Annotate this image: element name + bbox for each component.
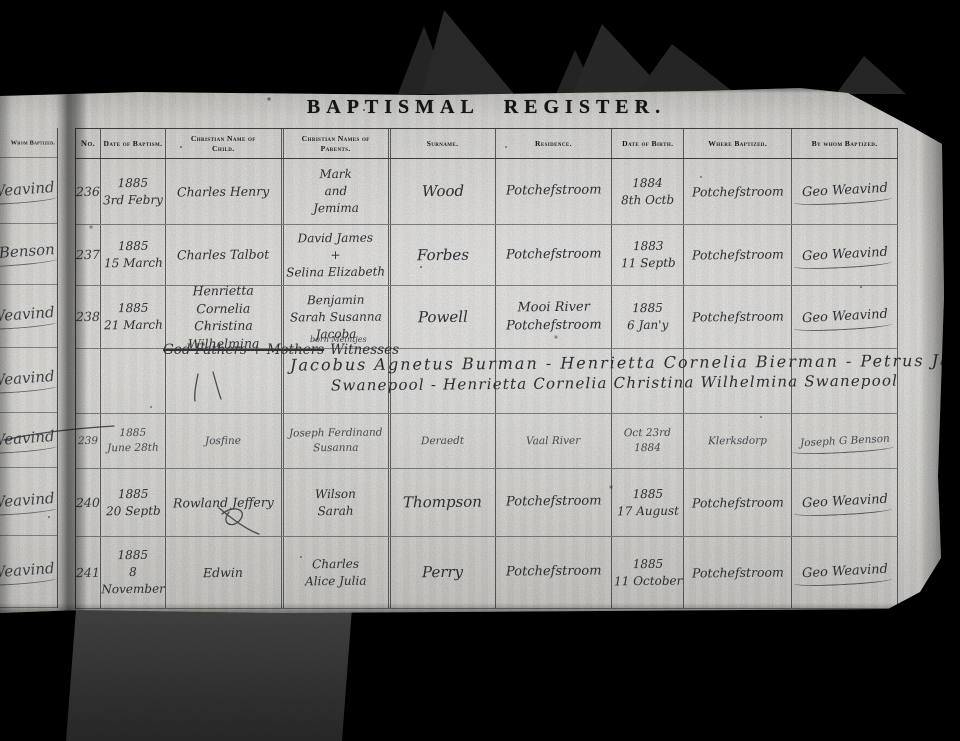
- table-row-236: 236 1885 3rd Febry Charles Henry Mark an…: [76, 159, 898, 225]
- cell-where-baptized: Potchefstroom: [684, 537, 792, 608]
- cell-no: 236: [76, 159, 101, 224]
- table-row-238: 238 1885 21 March Henrietta Cornelia Chr…: [76, 286, 898, 349]
- cell-surname: Powell: [391, 286, 496, 348]
- cell-by-whom-baptized: Geo Weavind: [792, 286, 898, 348]
- column-header-residence: Residence.: [496, 129, 613, 158]
- column-header-date-of-baptism: Date of Baptism.: [101, 129, 166, 158]
- cell-date-of-baptism: [101, 349, 166, 413]
- cell-residence: Potchefstroom: [496, 537, 613, 608]
- minister-signature: Weavind: [0, 468, 57, 536]
- torn-page-corner: [572, 24, 667, 94]
- underlying-page: [60, 608, 352, 741]
- cell-no: 239: [76, 414, 101, 468]
- column-header-date-of-birth: Date of Birth.: [612, 129, 684, 158]
- column-header-by-whom-baptized: By whom Baptized.: [792, 129, 898, 158]
- cell-residence: Potchefstroom: [496, 225, 613, 285]
- cell-child-name: [166, 349, 284, 413]
- cell-no: 240: [76, 469, 101, 536]
- minister-signature: Weavind: [0, 158, 57, 224]
- minister-signature: Weavind: [0, 285, 57, 348]
- table-row-241: 241 1885 8 November Edwin Charles Alice …: [76, 537, 898, 609]
- column-header-surname: Surname.: [391, 129, 496, 158]
- cell-parents-names: Mark and Jemima: [284, 159, 391, 224]
- cell-residence: Mooi River Potchefstroom: [496, 286, 613, 348]
- column-header-parents-names: Christian Names of Parents.: [284, 129, 391, 158]
- cell-surname: Wood: [391, 159, 496, 224]
- cell-no: 237: [76, 225, 101, 285]
- cell-date-of-birth: 1883 11 Septb: [612, 225, 684, 285]
- cell-where-baptized: Klerksdorp: [684, 414, 792, 468]
- cell-parents-names: Wilson Sarah: [284, 469, 391, 536]
- cell-date-of-birth: Oct 23rd 1884: [612, 414, 684, 468]
- cell-surname: Perry: [391, 537, 496, 608]
- cell-parents-names: David James + Selina Elizabeth: [284, 225, 391, 285]
- cell-date-of-birth: 1885 6 Jan'y: [612, 286, 684, 348]
- cell-by-whom-baptized: Geo Weavind: [792, 225, 898, 285]
- cell-date-of-birth: 1884 8th Octb: [612, 159, 684, 224]
- cell-date-of-baptism: 1885 21 March: [101, 286, 166, 348]
- torn-page-corner: [556, 50, 596, 94]
- torn-page-corner: [398, 26, 450, 94]
- cell-date-of-baptism: 1885 20 Septb: [101, 469, 166, 536]
- paper-specks: [0, 86, 2, 88]
- header-row: No. Date of Baptism. Christian Name of C…: [76, 129, 898, 159]
- cell-child-name: Charles Henry: [166, 159, 284, 224]
- column-header-child-name: Christian Name of Child.: [166, 129, 284, 158]
- cell-child-name: Josfine: [166, 414, 284, 468]
- cell-where-baptized: Potchefstroom: [684, 225, 792, 285]
- cell-by-whom-baptized: Geo Weavind: [792, 159, 898, 224]
- cell-no: 241: [76, 537, 101, 608]
- cell-by-whom-baptized: Geo Weavind: [792, 469, 898, 536]
- cell-where-baptized: Potchefstroom: [684, 159, 792, 224]
- previous-page-edge: Whom Baptized. Weavind & G Benson Weavin…: [0, 128, 58, 608]
- cell-date-of-baptism: 1885 8 November: [101, 537, 166, 608]
- page-title: BAPTISMAL REGISTER.: [75, 96, 898, 119]
- cell-residence: Vaal River: [496, 414, 613, 468]
- cell-surname: Forbes: [391, 225, 496, 285]
- cell-child-name: Edwin: [166, 537, 284, 608]
- cell-date-of-baptism: 1885 June 28th: [101, 414, 166, 468]
- cell-parents-names: Charles Alice Julia: [284, 537, 391, 608]
- cell-date-of-baptism: 1885 15 March: [101, 225, 166, 285]
- cell-by-whom-baptized: Geo Weavind: [792, 537, 898, 608]
- register-photo: BAPTISMAL REGISTER. Whom Baptized. Weavi…: [0, 0, 960, 741]
- cell-no: 238: [76, 286, 101, 348]
- cell-surname: Thompson: [391, 469, 496, 536]
- register-page: BAPTISMAL REGISTER. Whom Baptized. Weavi…: [0, 86, 945, 614]
- cell-residence: Potchefstroom: [496, 469, 613, 536]
- minister-signature: Weavind: [0, 413, 57, 468]
- cell-where-baptized: Potchefstroom: [684, 286, 792, 348]
- minister-signature: & G Benson: [0, 224, 57, 285]
- cell-child-name: Rowland Jeffery: [166, 469, 284, 536]
- cell-parents-names: Joseph Ferdinand Susanna: [284, 414, 391, 468]
- inserted-note: born Meintjes: [310, 335, 367, 344]
- table-row-237: 237 1885 15 March Charles Talbot David J…: [76, 225, 898, 286]
- cell-child-name: Charles Talbot: [166, 225, 284, 285]
- cell-surname: Deraedt: [391, 414, 496, 468]
- cell-date-of-baptism: 1885 3rd Febry: [101, 159, 166, 224]
- torn-page-corner: [422, 10, 514, 94]
- table-row-240: 240 1885 20 Septb Rowland Jeffery Wilson…: [76, 469, 898, 537]
- cell-where-baptized: Potchefstroom: [684, 469, 792, 536]
- minister-signature: Weavind: [0, 536, 57, 608]
- column-header-no: No.: [76, 129, 101, 158]
- cell-date-of-birth: 1885 11 October: [612, 537, 684, 608]
- torn-page-corner: [636, 44, 736, 94]
- cell-date-of-birth: 1885 17 August: [612, 469, 684, 536]
- previous-page-header: Whom Baptized.: [0, 128, 57, 158]
- torn-page-corner: [836, 56, 906, 94]
- cell-no: [76, 349, 101, 413]
- minister-signature: Weavind: [0, 348, 57, 413]
- cell-by-whom-baptized: Joseph G Benson: [792, 414, 898, 468]
- table-row-239: 239 1885 June 28th Josfine Joseph Ferdin…: [76, 414, 898, 469]
- cell-child-name: Henrietta Cornelia Christina Wilhelmina: [166, 286, 284, 348]
- cell-residence: Potchefstroom: [496, 159, 613, 224]
- column-header-where-baptized: Where Baptized.: [684, 129, 792, 158]
